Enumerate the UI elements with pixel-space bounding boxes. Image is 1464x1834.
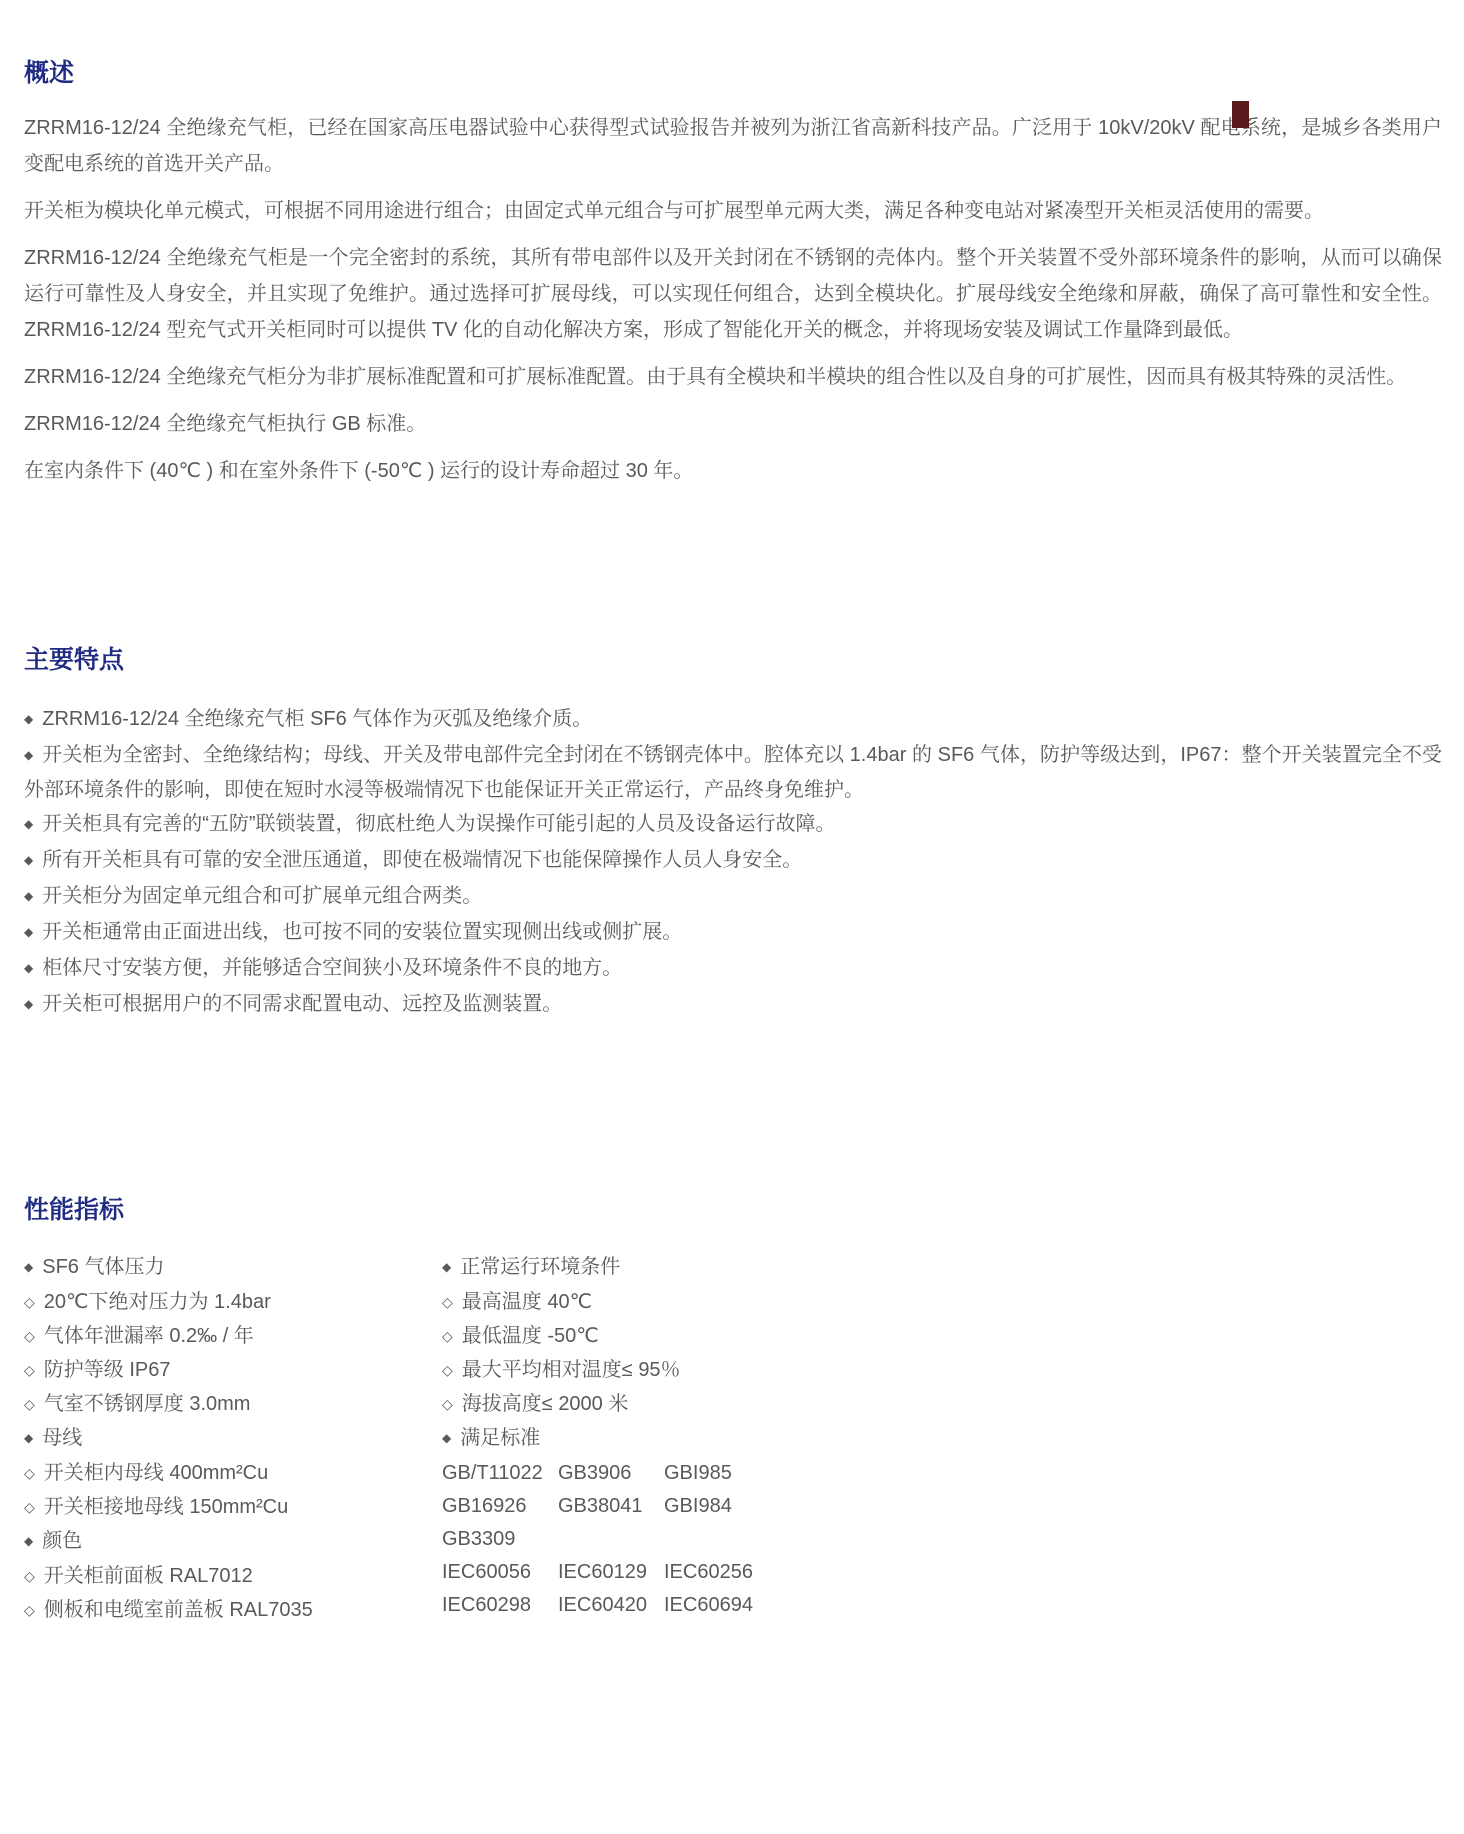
feature-item: ◆ZRRM16-12/24 全绝缘充气柜 SF6 气体作为灭弧及绝缘介质。 (24, 703, 1442, 738)
overview-paragraph: 开关柜为模块化单元模式，可根据不同用途进行组合；由固定式单元组合与可扩展型单元两… (24, 193, 1442, 229)
spec-text: 防护等级 IP67 (44, 1359, 171, 1381)
spec-item: ◇气体年泄漏率 0.2‰ / 年 (24, 1320, 442, 1354)
spec-item: ◆满足标准 (442, 1422, 1442, 1457)
hollow-diamond-bullet-icon: ◇ (442, 1396, 453, 1412)
diamond-bullet-icon: ◆ (442, 1431, 451, 1445)
hollow-diamond-bullet-icon: ◇ (24, 1362, 35, 1378)
spec-text: 母线 (42, 1427, 82, 1449)
diamond-bullet-icon: ◆ (24, 853, 33, 867)
feature-text: 开关柜可根据用户的不同需求配置电动、远控及监测装置。 (42, 993, 562, 1015)
spec-text: 气体年泄漏率 0.2‰ / 年 (44, 1325, 254, 1347)
spec-item: ◇最低温度 -50℃ (442, 1320, 1442, 1354)
feature-text: 开关柜具有完善的“五防”联锁装置，彻底杜绝人为误操作可能引起的人员及设备运行故障… (42, 813, 835, 835)
hollow-diamond-bullet-icon: ◇ (442, 1294, 453, 1310)
hollow-diamond-bullet-icon: ◇ (442, 1362, 453, 1378)
spec-item: ◇海拔高度≤ 2000 米 (442, 1388, 1442, 1422)
document-page: 概述 ZRRM16-12/24 全绝缘充气柜，已经在国家高压电器试验中心获得型式… (0, 0, 1464, 1834)
feature-text: 所有开关柜具有可靠的安全泄压通道，即使在极端情况下也能保障操作人员人身安全。 (42, 849, 802, 871)
feature-item: ◆开关柜分为固定单元组合和可扩展单元组合两类。 (24, 880, 1442, 915)
specs-columns: ◆SF6 气体压力 ◇20℃下绝对压力为 1.4bar ◇气体年泄漏率 0.2‰… (24, 1251, 1442, 1628)
feature-text: 柜体尺寸安装方便，并能够适合空间狭小及环境条件不良的地方。 (42, 957, 622, 979)
feature-item: ◆开关柜可根据用户的不同需求配置电动、远控及监测装置。 (24, 988, 1442, 1023)
standard-code: GB/T11022 (442, 1457, 558, 1490)
hollow-diamond-bullet-icon: ◇ (24, 1396, 35, 1412)
spec-text: 开关柜接地母线 150mm²Cu (44, 1496, 288, 1518)
standard-code: IEC60694 (664, 1589, 1442, 1622)
overview-paragraph: ZRRM16-12/24 全绝缘充气柜分为非扩展标准配置和可扩展标准配置。由于具… (24, 359, 1442, 395)
spec-item: ◇开关柜接地母线 150mm²Cu (24, 1491, 442, 1525)
scrollbar-thumb[interactable] (1232, 101, 1249, 128)
spec-text: 最低温度 -50℃ (462, 1325, 599, 1347)
spec-text: 颜色 (42, 1530, 82, 1552)
specs-column-left: ◆SF6 气体压力 ◇20℃下绝对压力为 1.4bar ◇气体年泄漏率 0.2‰… (24, 1251, 442, 1628)
feature-text: 开关柜通常由正面进出线，也可按不同的安装位置实现侧出线或侧扩展。 (42, 921, 682, 943)
section-features: 主要特点 ◆ZRRM16-12/24 全绝缘充气柜 SF6 气体作为灭弧及绝缘介… (24, 645, 1442, 1023)
diamond-bullet-icon: ◆ (24, 1431, 33, 1445)
feature-text: 开关柜分为固定单元组合和可扩展单元组合两类。 (42, 885, 482, 907)
feature-item: ◆所有开关柜具有可靠的安全泄压通道，即使在极端情况下也能保障操作人员人身安全。 (24, 844, 1442, 879)
diamond-bullet-icon: ◆ (24, 961, 33, 975)
section-overview: 概述 ZRRM16-12/24 全绝缘充气柜，已经在国家高压电器试验中心获得型式… (24, 58, 1442, 489)
spec-text: 开关柜前面板 RAL7012 (44, 1565, 253, 1587)
standard-code: IEC60129 (558, 1556, 664, 1589)
spec-text: 最高温度 40℃ (462, 1291, 592, 1313)
spec-text: 最大平均相对温度≤ 95％ (462, 1359, 681, 1381)
diamond-bullet-icon: ◆ (24, 1534, 33, 1548)
spec-item: ◆SF6 气体压力 (24, 1251, 442, 1286)
spec-text: 气室不锈钢厚度 3.0mm (44, 1393, 251, 1415)
hollow-diamond-bullet-icon: ◇ (24, 1465, 35, 1481)
hollow-diamond-bullet-icon: ◇ (24, 1602, 35, 1618)
standard-code: IEC60298 (442, 1589, 558, 1622)
spec-item: ◇20℃下绝对压力为 1.4bar (24, 1286, 442, 1320)
diamond-bullet-icon: ◆ (24, 748, 33, 762)
spec-text: 海拔高度≤ 2000 米 (462, 1393, 629, 1415)
feature-item: ◆开关柜为全密封、全绝缘结构；母线、开关及带电部件完全封闭在不锈钢壳体中。腔体充… (24, 739, 1442, 807)
diamond-bullet-icon: ◆ (24, 1260, 33, 1274)
diamond-bullet-icon: ◆ (24, 889, 33, 903)
standard-code: GB38041 (558, 1490, 664, 1523)
feature-item: ◆柜体尺寸安装方便，并能够适合空间狭小及环境条件不良的地方。 (24, 952, 1442, 987)
spec-item: ◇开关柜前面板 RAL7012 (24, 1560, 442, 1594)
spec-item: ◇最大平均相对温度≤ 95％ (442, 1354, 1442, 1388)
overview-paragraph: ZRRM16-12/24 全绝缘充气柜是一个完全密封的系统，其所有带电部件以及开… (24, 240, 1442, 348)
standard-code: GB16926 (442, 1490, 558, 1523)
standards-row: GB/T11022GB3906GBI985 (442, 1457, 1442, 1490)
hollow-diamond-bullet-icon: ◇ (24, 1568, 35, 1584)
standards-row: IEC60298IEC60420IEC60694 (442, 1589, 1442, 1622)
spec-item: ◆正常运行环境条件 (442, 1251, 1442, 1286)
diamond-bullet-icon: ◆ (24, 997, 33, 1011)
standards-row: IEC60056IEC60129IEC60256 (442, 1556, 1442, 1589)
features-title: 主要特点 (24, 645, 1442, 675)
overview-paragraph: 在室内条件下 (40℃ ) 和在室外条件下 (-50℃ ) 运行的设计寿命超过 … (24, 453, 1442, 489)
standard-code: GB3906 (558, 1457, 664, 1490)
diamond-bullet-icon: ◆ (442, 1260, 451, 1274)
standards-row: GB16926GB38041GBI984 (442, 1490, 1442, 1523)
standards-row: GB3309 (442, 1523, 1442, 1556)
spec-text: 侧板和电缆室前盖板 RAL7035 (44, 1599, 313, 1621)
spec-text: 开关柜内母线 400mm²Cu (44, 1462, 268, 1484)
standard-code (558, 1523, 664, 1556)
spec-item: ◇侧板和电缆室前盖板 RAL7035 (24, 1594, 442, 1628)
spec-item: ◇开关柜内母线 400mm²Cu (24, 1457, 442, 1491)
spec-item: ◆母线 (24, 1422, 442, 1457)
diamond-bullet-icon: ◆ (24, 817, 33, 831)
spec-item: ◆颜色 (24, 1525, 442, 1560)
standard-code (664, 1523, 1442, 1556)
standard-code: GBI984 (664, 1490, 1442, 1523)
spec-text: SF6 气体压力 (42, 1256, 164, 1278)
overview-paragraph: ZRRM16-12/24 全绝缘充气柜，已经在国家高压电器试验中心获得型式试验报… (24, 110, 1442, 182)
feature-item: ◆开关柜通常由正面进出线，也可按不同的安装位置实现侧出线或侧扩展。 (24, 916, 1442, 951)
spec-item: ◇气室不锈钢厚度 3.0mm (24, 1388, 442, 1422)
standard-code: IEC60420 (558, 1589, 664, 1622)
spec-item: ◇防护等级 IP67 (24, 1354, 442, 1388)
overview-title: 概述 (24, 58, 1442, 88)
standard-code: GBI985 (664, 1457, 1442, 1490)
specs-title: 性能指标 (24, 1195, 1442, 1225)
standard-code: IEC60056 (442, 1556, 558, 1589)
feature-text: 开关柜为全密封、全绝缘结构；母线、开关及带电部件完全封闭在不锈钢壳体中。腔体充以… (24, 744, 1442, 801)
diamond-bullet-icon: ◆ (24, 925, 33, 939)
spec-text: 满足标准 (460, 1427, 540, 1449)
spec-text: 20℃下绝对压力为 1.4bar (44, 1291, 271, 1313)
standard-code: IEC60256 (664, 1556, 1442, 1589)
feature-item: ◆开关柜具有完善的“五防”联锁装置，彻底杜绝人为误操作可能引起的人员及设备运行故… (24, 808, 1442, 843)
specs-column-right: ◆正常运行环境条件 ◇最高温度 40℃ ◇最低温度 -50℃ ◇最大平均相对温度… (442, 1251, 1442, 1628)
spec-text: 正常运行环境条件 (460, 1256, 620, 1278)
overview-paragraph: ZRRM16-12/24 全绝缘充气柜执行 GB 标准。 (24, 406, 1442, 442)
standard-code: GB3309 (442, 1523, 558, 1556)
hollow-diamond-bullet-icon: ◇ (24, 1499, 35, 1515)
hollow-diamond-bullet-icon: ◇ (442, 1328, 453, 1344)
feature-text: ZRRM16-12/24 全绝缘充气柜 SF6 气体作为灭弧及绝缘介质。 (42, 708, 592, 730)
hollow-diamond-bullet-icon: ◇ (24, 1294, 35, 1310)
diamond-bullet-icon: ◆ (24, 712, 33, 726)
hollow-diamond-bullet-icon: ◇ (24, 1328, 35, 1344)
spec-item: ◇最高温度 40℃ (442, 1286, 1442, 1320)
section-specs: 性能指标 ◆SF6 气体压力 ◇20℃下绝对压力为 1.4bar ◇气体年泄漏率… (24, 1195, 1442, 1628)
